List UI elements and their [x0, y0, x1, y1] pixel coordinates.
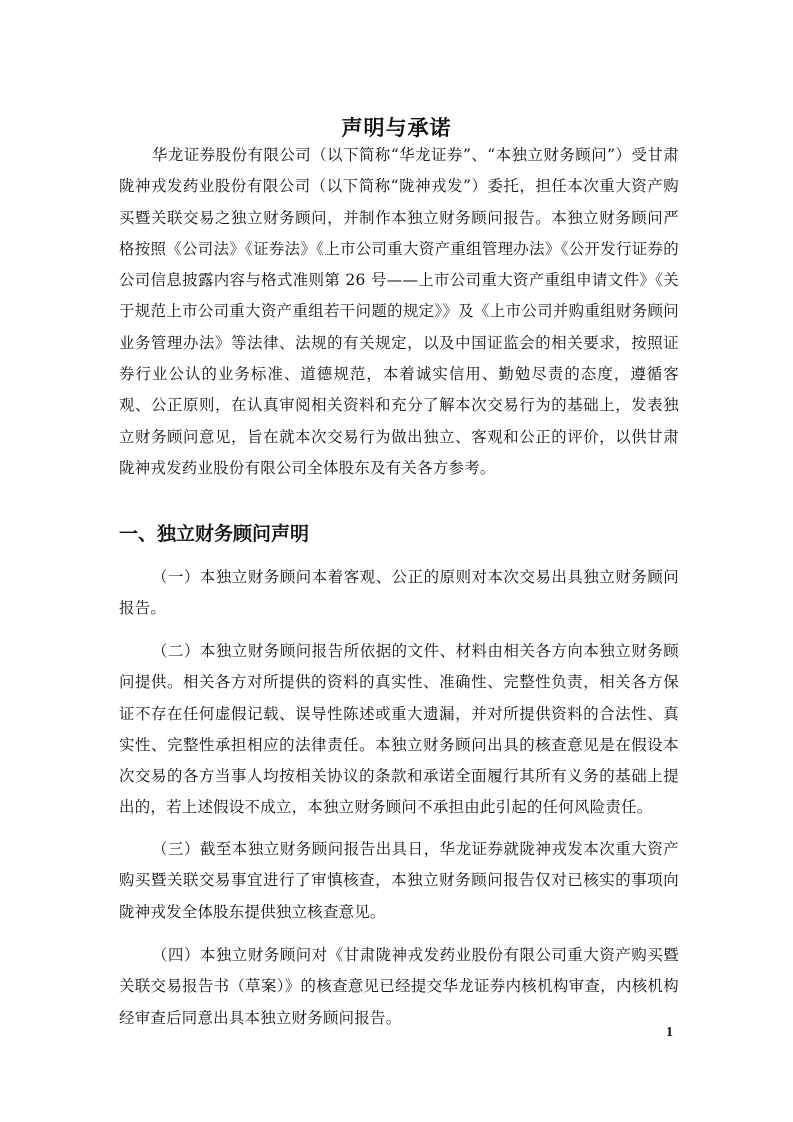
statement-item-1: （一）本独立财务顾问本着客观、公正的原则对本次交易出具独立财务顾问报告。 [119, 562, 679, 625]
intro-paragraph: 华龙证券股份有限公司（以下简称“华龙证券”、“本独立财务顾问”）受甘肃陇神戎发药… [119, 140, 679, 484]
page-number: 1 [666, 1025, 673, 1041]
document-page: 声明与承诺 华龙证券股份有限公司（以下简称“华龙证券”、“本独立财务顾问”）受甘… [0, 0, 793, 1122]
section-heading: 一、独立财务顾问声明 [119, 519, 309, 546]
statement-item-3: （三）截至本独立财务顾问报告出具日，华龙证券就陇神戎发本次重大资产购买暨关联交易… [119, 834, 679, 928]
statement-item-4: （四）本独立财务顾问对《甘肃陇神戎发药业股份有限公司重大资产购买暨关联交易报告书… [119, 940, 679, 1034]
statement-item-2: （二）本独立财务顾问报告所依据的文件、材料由相关各方向本独立财务顾问提供。相关各… [119, 636, 679, 824]
page-title: 声明与承诺 [0, 112, 793, 142]
